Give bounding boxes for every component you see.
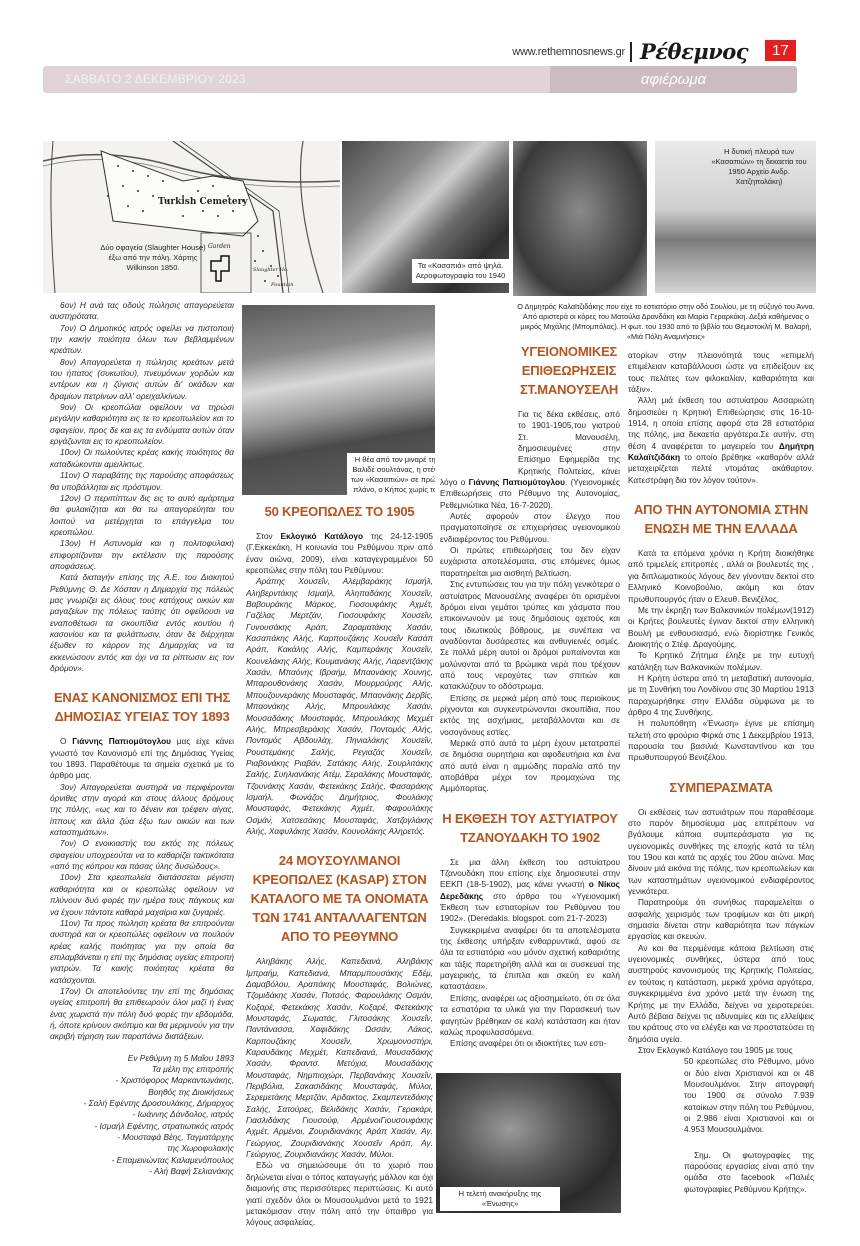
paragraph: 7ον) Ο Δημοτικός ιατρός οφείλει να πιστο… [50, 323, 234, 357]
paragraph: Η πολυπόθητη «Ένωση» έγινε με επίσημη τε… [628, 718, 814, 763]
svg-text:Slaughter Ho.: Slaughter Ho. [253, 267, 289, 273]
section-heading: 24 ΜΟΥΣΟΥΛΜΑΝΟΙ ΚΡΕΟΠΩΛΕΣ (KASAP) ΣΤΟΝ Κ… [246, 851, 433, 946]
butchers-list: Αράπης Χουσεΐν, Αλεμβαράκης Ισμαήλ, Αληβ… [246, 576, 433, 837]
paragraph: 11ον) Ο παραβάτης της παρούσης αποφάσεως… [50, 470, 234, 493]
paragraph: 9ον) Οι κρεοπώλαι οφείλουν να τηρώσι μεγ… [50, 402, 234, 447]
author-name: Γιάννης Παπιομύτογλου [469, 477, 565, 487]
section-heading: Η ΕΚΘΕΣΗ ΤΟΥ ΑΣΤΥΙΑΤΡΟΥ ΤΖΑΝΟΥΔΑΚΗ ΤΟ 19… [440, 809, 620, 847]
section-heading: ΕΝΑΣ ΚΑΝΟΝΙΣΜΟΣ ΕΠΙ ΤΗΣ ΔΗΜΟΣΙΑΣ ΥΓΕΙΑΣ … [50, 688, 234, 726]
paragraph: ατορίων στην πλειονότητά τους «επιμελή ε… [628, 350, 814, 395]
svg-text:Garden: Garden [208, 243, 231, 250]
issue-date: ΣΑΒΒΑΤΟ 2 ΔΕΚΕΜΒΡΙΟΥ 2023 [65, 72, 246, 86]
paragraph: Το Κρητικό Ζήτημα έληξε με την ευτυχή κα… [628, 650, 814, 673]
date-bar: ΣΑΒΒΑΤΟ 2 ΔΕΚΕΜΒΡΙΟΥ 2023 αφιέρωμα [43, 66, 797, 93]
signature-line: της Χωροφυλακής [50, 1143, 234, 1154]
page-number-badge: 17 [765, 40, 796, 61]
paragraph: Κατά διαταγήν επίσης της Α.Ε. του Διακητ… [50, 572, 234, 674]
signature-line: - Σαλή Εφέντης Δροσουλάκης, Δήμαρχος [50, 1098, 234, 1109]
west-side-photo: Η δυτική πλευρά των «Κασαπιών» τη δεκαετ… [655, 141, 816, 293]
signature-line: - Επαμεινώντας Καλαμενόπουλος [50, 1155, 234, 1166]
catalog-name: Εκλογικό Κατάλογο [280, 531, 363, 541]
section-heading: ΥΓΕΙΟΝΟΜΙΚΕΣ ΕΠΙΘΕΩΡΗΣΕΙΣ ΣΤ.ΜΑΝΟΥΣΕΛΗ [518, 342, 620, 399]
signature-line: Τα μέλη της επιτροπής [50, 1064, 234, 1075]
map-caption: Δύο σφαγεία (Slaughter House) έξω από τη… [98, 243, 208, 273]
paragraph: Στις εντυπώσεις του για την πόλη γενικότ… [440, 579, 620, 692]
paragraph: 7ον) Ο ενοικιαστής του εκτός της πόλεως … [50, 838, 234, 872]
signature-line: - Χριστόφορος Μαρκαντωνάκης, [50, 1075, 234, 1086]
paragraph: Οι πρώτες επιθεωρήσεις του δεν είχαν ευχ… [440, 545, 620, 579]
section-label: αφιέρωμα [550, 66, 797, 93]
site-url[interactable]: www.rethemnosnews.gr [512, 46, 625, 58]
paragraph: Επίσης, αναφέρει ως αξιοσημείωτο, ότι σε… [440, 993, 620, 1038]
paragraph: Άλλη μιά έκθεση του αστυίατρου Ασσαριώτη… [628, 395, 814, 486]
paragraph: Αν και θα περιμέναμε κάποια βελτίωση στι… [628, 943, 814, 1045]
paragraph: 8ον) Απαγορεύεται η πώλησις κρεάτων μετά… [50, 357, 234, 402]
paragraph: Αυτές αφορούν στον έλεγχο που πραγματοπο… [440, 511, 620, 545]
signature-line: - Μουσταφά Βέης, Ταγματάρχης [50, 1132, 234, 1143]
paragraph: 3ον) Απαγορεύεται αυστηρά να περιφέροντα… [50, 782, 234, 839]
divider [630, 42, 632, 62]
paragraph: Σε μια άλλη έκθεση του αστυίατρου Τζανου… [440, 857, 620, 925]
roof-view-caption: Η θέα από τον μιναρέ της Βαλιδέ σουλτάνα… [347, 453, 435, 495]
map-photo: Turkish Cemetery Garden Slaughter Ho. Fo… [43, 141, 340, 293]
paragraph: Παρατηρούμε ότι συνήθως παραμελείται ο α… [628, 897, 814, 942]
paragraph: 17ον) Οι αποτελούντες την επί της δημόσι… [50, 986, 234, 1043]
paragraph: 13ον) Η Αστυνομία και η πολιτοφυλακή επι… [50, 538, 234, 572]
paragraph: Επίσης σε μερικά μέρη από τους περιοίκου… [440, 693, 620, 738]
paragraph: Για τις δέκα εκθέσεις, από το 1901-1905,… [440, 409, 620, 511]
author-name: Γιάννης Παπιομύτογλου [72, 736, 171, 746]
paragraph: 6ον) Η ανά τας οδούς πώλησις απαγορεύετα… [50, 300, 234, 323]
union-ceremony-caption: Η τελετή ανακήρυξης της «Ένωσης» [440, 1187, 560, 1211]
union-ceremony-photo: Η τελετή ανακήρυξης της «Ένωσης» [436, 1073, 621, 1213]
paragraph: Μερικά από αυτά τα μέρη έχουν μετατραπεί… [440, 738, 620, 795]
paragraph: Ο Γιάννης Παπιομύτογλου μας είχε κάνει γ… [50, 736, 234, 781]
paragraph: Κατά τα επόμενα χρόνια η Κρήτη διοικήθηκ… [628, 548, 814, 605]
svg-text:Turkish Cemetery: Turkish Cemetery [158, 197, 248, 207]
section-heading: 50 ΚΡΕΟΠΩΛΕΣ ΤΟ 1905 [246, 502, 433, 521]
svg-text:Fountain: Fountain [270, 282, 293, 288]
column-4: ατορίων στην πλειονότητά τους «επιμελή ε… [628, 350, 814, 1195]
newspaper-logo: Ρέθεμνος [640, 39, 748, 64]
paragraph: Συγκεκριμένα αναφέρει ότι τα αποτελέσματ… [440, 925, 620, 993]
paragraph: Η Κρήτη ύστερα από τη μεταβατική αυτονομ… [628, 673, 814, 718]
aerial-photo: Τα «Κασαπιά» από ψηλά. Αεροφωτογραφία το… [342, 141, 509, 293]
paragraph: 10ον) Οι πωλούντες κρέας κακής ποιότητος… [50, 447, 234, 470]
signature-line: - Αλή Βαφή Σελιανάκης [50, 1166, 234, 1177]
paragraph: Επίσης αναφέρει ότι οι ιδιοκτήτες των εσ… [440, 1038, 620, 1049]
paragraph: Οι εκθέσεις των αστυιάτρων που παραθέσαμ… [628, 807, 814, 898]
masthead: www.rethemnosnews.gr Ρέθεμνος 17 [0, 38, 860, 64]
paragraph: 50 κρεοπώλες στο Ρέθυμνο, μόνο οι δύο εί… [684, 1056, 814, 1135]
column-3: ΥΓΕΙΟΝΟΜΙΚΕΣ ΕΠΙΘΕΩΡΗΣΕΙΣ ΣΤ.ΜΑΝΟΥΣΕΛΗ Γ… [440, 330, 620, 1050]
paragraph: 12ον) Ο περιπίπτων δις εις το αυτό αμάρτ… [50, 493, 234, 538]
paragraph: Στον Εκλογικό Κατάλογο του 1905 με τους [628, 1045, 814, 1056]
west-side-caption: Η δυτική πλευρά των «Κασαπιών» τη δεκαετ… [705, 147, 813, 187]
column-2: 50 ΚΡΕΟΠΩΛΕΣ ΤΟ 1905 Στον Εκλογικό Κατάλ… [246, 496, 433, 1229]
roof-view-photo: Η θέα από τον μιναρέ της Βαλιδέ σουλτάνα… [242, 305, 435, 495]
paragraph: Στον Εκλογικό Κατάλογο της 24-12-1905 (Γ… [246, 531, 433, 576]
paragraph: Με την έκρηξη των Βαλκανικών πολέμων(191… [628, 605, 814, 650]
paragraph: 11ον) Τα προς πώληση κρέατα θα επιτρούντ… [50, 918, 234, 986]
column-1: 6ον) Η ανά τας οδούς πώλησις απαγορεύετα… [50, 300, 234, 1177]
signature-line: Εν Ρεθύμνη τη 5 Μαΐου 1893 [50, 1053, 234, 1064]
photo-credit-note: Σημ. Οι φωτογραφίες της παρούσας εργασία… [684, 1150, 814, 1195]
family-photo [513, 141, 647, 296]
paragraph: 10ον) Στα κρεοπωλεία διατάσσεται μέγιστη… [50, 872, 234, 917]
signature-line: - Ισμαήλ Εφέντης, στρατιωτικός ιατρός [50, 1121, 234, 1132]
exchanged-butchers-list: Αληβάκης Αλής, Καπεδιανά, Αληβάκης Ιμπρα… [246, 956, 433, 1160]
paragraph: Εδώ να σημειώσουμε ότι το χωριό που δηλώ… [246, 1160, 433, 1228]
section-heading: ΑΠΟ ΤΗΝ ΑΥΤΟΝΟΜΙΑ ΣΤΗΝ ΕΝΩΣΗ ΜΕ ΤΗΝ ΕΛΛΑ… [628, 500, 814, 538]
aerial-caption: Τα «Κασαπιά» από ψηλά. Αεροφωτογραφία το… [412, 259, 509, 283]
section-heading: ΣΥΜΠΕΡΑΣΜΑΤΑ [628, 778, 814, 797]
signature-line: Βοηθός της Διοικήσεως [50, 1087, 234, 1098]
signature-line: - Ιωάννης Δάνδολος, ιατρός [50, 1109, 234, 1120]
